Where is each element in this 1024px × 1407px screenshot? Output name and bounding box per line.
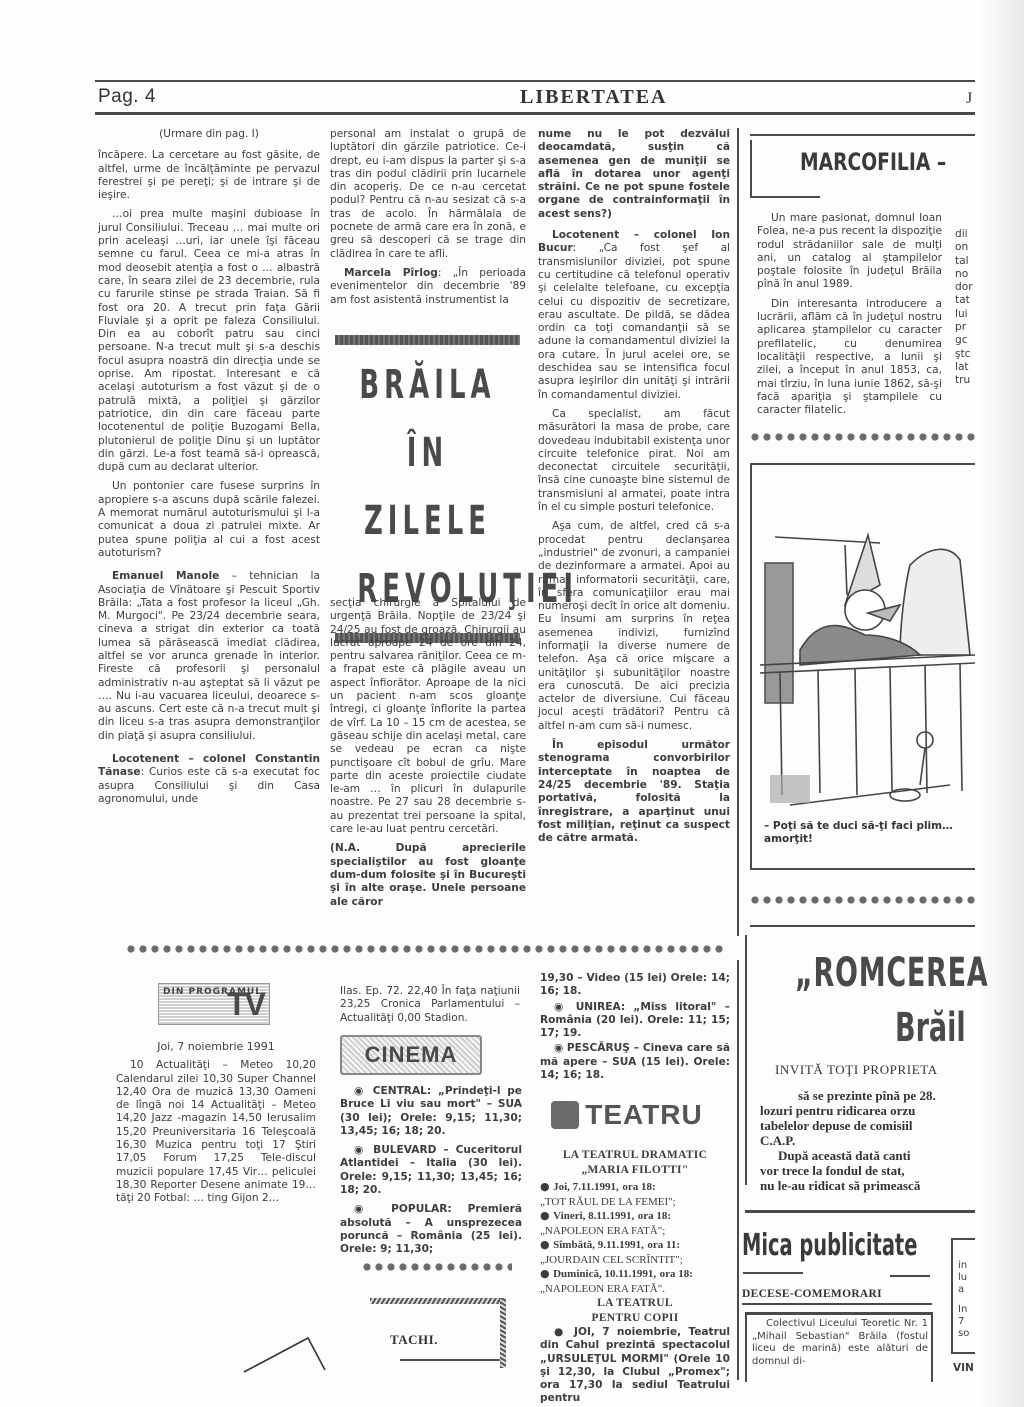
bullet-icon: ◉ [354, 1144, 373, 1156]
marcofilia-bottom-rule [750, 196, 820, 198]
marcofilia-article: Un mare pasionat, domnul Ioan Folea, ne-… [757, 212, 942, 423]
tv-schedule-continued: Ilas. Ep. 72. 22,40 În faţa naţiunii 23,… [340, 985, 520, 1031]
cartoon-illustration [750, 475, 975, 820]
paragraph: Un pontonier care fusese surprins în apr… [98, 480, 320, 560]
bullet-icon: ● [540, 1180, 553, 1193]
tv-schedule: 10 Actualităţi – Meteo 10,20 Calendarul … [116, 1059, 316, 1205]
dotted-separator [362, 1262, 512, 1272]
paragraph: încăpere. La cercetare au fost găsite, d… [98, 149, 320, 202]
dotted-separator [750, 895, 975, 905]
teatru-listings: LA TEATRUL DRAMATIC „MARIA FILOTTI" ● Jo… [540, 1148, 730, 1407]
paragraph: Aşa cum, de altfel, cred că s-a procedat… [538, 520, 730, 733]
headline-line: ÎN ZILELE [357, 419, 497, 555]
boxed-notice-text: TACHI. [390, 1332, 438, 1348]
headline-top-bar [335, 335, 520, 345]
marcofilia-title: MARCOFILIA – [800, 148, 946, 176]
theatre-masks-icon [551, 1101, 579, 1129]
show-listing: ● Vineri, 8.11.1991, ora 18:„NAPOLEON ER… [540, 1209, 730, 1238]
bullet-icon: ● [554, 1326, 574, 1338]
page-number: Pag. 4 [98, 86, 156, 108]
masthead-top-rule [95, 80, 975, 82]
paragraph: secţia chirurgie a Spitalului de urgenţă… [330, 597, 526, 836]
column-divider [737, 960, 739, 1380]
cinema-listing: ◉ POPULAR: Premieră absolută – A unsprez… [340, 1203, 522, 1256]
tv-program-listing: Joi, 7 noiembrie 1991 10 Actualităţi – M… [116, 1040, 316, 1212]
ad-top-rule [750, 925, 975, 927]
bullet-icon: ◉ [354, 1203, 391, 1215]
cinema-listings-continued: 19,30 – Video (15 lei) Orele: 14; 16; 18… [540, 972, 730, 1088]
author-note-continued: nume nu le pot dezvălui deocamdată, susţ… [538, 128, 730, 221]
paragraph: …oi prea multe maşini dubioase în jurul … [98, 208, 320, 474]
paragraph-speaker: Locotenent – colonel Constantin Tănase: … [98, 753, 320, 806]
column-divider [737, 128, 739, 936]
cartoon-bottom-rule [750, 868, 975, 870]
masthead-bottom-rule [95, 112, 975, 115]
theatre-venue: LA TEATRUL [540, 1296, 730, 1311]
obituary-notice: Colectivul Liceului Teoretic Nr. 1 „Miha… [752, 1318, 928, 1374]
ad-bottom-rule [745, 1210, 975, 1213]
ad-subtitle: Brăil [895, 1005, 966, 1051]
ad-invite: INVITĂ TOŢI PROPRIETA [775, 1062, 938, 1077]
dotted-separator [750, 432, 975, 442]
cartoon-caption: – Poţi să te duci să-ţi faci plim… amorţ… [764, 820, 979, 846]
theatre-venue: LA TEATRUL DRAMATIC [540, 1148, 730, 1163]
cropped-column-fragments: diiontalnodortatluiprgcştclattru [955, 228, 975, 388]
teatru-logo: TEATRU [542, 1098, 712, 1132]
classifieds-title: Mica publicitate [742, 1228, 917, 1263]
cinema-listings: ◉ CENTRAL: „Prindeţi-l pe Bruce Li viu s… [340, 1085, 522, 1263]
paragraph-speaker: Emanuel Manole – tehnician la Asociaţia … [98, 570, 320, 743]
paragraph: Ca specialist, am făcut măsurători la ma… [538, 408, 730, 514]
scan-edge-shadow [975, 0, 1024, 1407]
cinema-logo: CINEMA [340, 1035, 482, 1075]
show-listing: ● Joi, 7.11.1991, ora 18:„TOT RĂUL DE LA… [540, 1180, 730, 1209]
cinema-listing: ◉ BULEVARD – Cuceritorul Atlantidei – It… [340, 1144, 522, 1197]
cinema-listing: ◉ UNIREA: „Miss litoral" – România (20 l… [540, 1001, 730, 1041]
classifieds-section: DECESE-COMEMORARI [742, 1288, 882, 1300]
cropped-column-fragments: inlua In7so [958, 1260, 976, 1340]
speaker-name: Marcela Pîrlog [344, 267, 438, 279]
tv-program-logo: DIN PROGRAMUL TV [158, 983, 270, 1025]
bullet-icon: ◉ [554, 1001, 576, 1013]
show-listing: ● Sîmbătă, 9.11.1991, ora 11:„JOURDAIN C… [540, 1238, 730, 1267]
tv-date: Joi, 7 noiembrie 1991 [116, 1040, 316, 1053]
newspaper-title: LIBERTATEA [520, 86, 667, 109]
article-column-2-continued: secţia chirurgie a Spitalului de urgenţă… [330, 597, 526, 915]
next-episode-note: În episodul următor stenograma convorbir… [538, 739, 730, 845]
paragraph-speaker: Locotenent – colonel Ion Bucur: „Ca fost… [538, 229, 730, 402]
bullet-icon: ● [540, 1267, 553, 1280]
ad-title: „ROMCEREA [795, 950, 988, 996]
edge-fragment: J [966, 90, 972, 108]
article-column-1: (Urmare din pag. I) încăpere. La cerceta… [98, 128, 320, 812]
article-headline: BRĂILA ÎN ZILELE REVOLUŢIEI [330, 335, 525, 590]
bullet-icon: ◉ [554, 1042, 567, 1054]
cinema-listing: ◉ CENTRAL: „Prindeţi-l pe Bruce Li viu s… [340, 1085, 522, 1138]
paragraph-speaker: Marcela Pîrlog: „În perioada evenimentel… [330, 267, 526, 307]
headline-line: BRĂILA [357, 351, 497, 419]
cartoon-top-rule [750, 463, 975, 465]
author-note: (N.A. După aprecierile specialiştilor au… [330, 842, 526, 908]
paragraph: personal am instalat o grupă de luptător… [330, 128, 526, 261]
theatre-venue: PENTRU COPII [540, 1311, 730, 1326]
kids-show-listing: ● JOI, 7 noiembrie, Teatrul din Cahul pr… [540, 1326, 730, 1406]
continuation-note: (Urmare din pag. I) [98, 128, 320, 141]
paragraph: Din interesanta introducere a lucrării, … [757, 298, 942, 418]
paragraph: Un mare pasionat, domnul Ioan Folea, ne-… [757, 212, 942, 292]
bullet-icon: ◉ [354, 1085, 373, 1097]
show-listing: ● Duminică, 10.11.1991, ora 18:„NAPOLEON… [540, 1267, 730, 1296]
article-column-2: personal am instalat o grupă de luptător… [330, 128, 526, 313]
cinema-listing: ◉ PESCĂRUŞ – Cineva care să mă apere – S… [540, 1042, 730, 1082]
speaker-name: Emanuel Manole [112, 570, 219, 582]
marcofilia-left-rule [750, 140, 752, 196]
dotted-separator [126, 944, 726, 954]
boxed-notice: TACHI. [370, 1298, 506, 1370]
article-column-3: nume nu le pot dezvălui deocamdată, susţ… [538, 128, 730, 851]
theatre-venue: „MARIA FILOTTI" [540, 1163, 730, 1178]
marcofilia-top-rule [750, 134, 975, 136]
bullet-icon: ● [540, 1238, 553, 1251]
newspaper-page: Pag. 4 LIBERTATEA J (Urmare din pag. I) … [0, 0, 1024, 1407]
pen-mark [240, 1330, 330, 1380]
ad-left-rule [745, 935, 747, 1185]
bullet-icon: ● [540, 1209, 553, 1222]
